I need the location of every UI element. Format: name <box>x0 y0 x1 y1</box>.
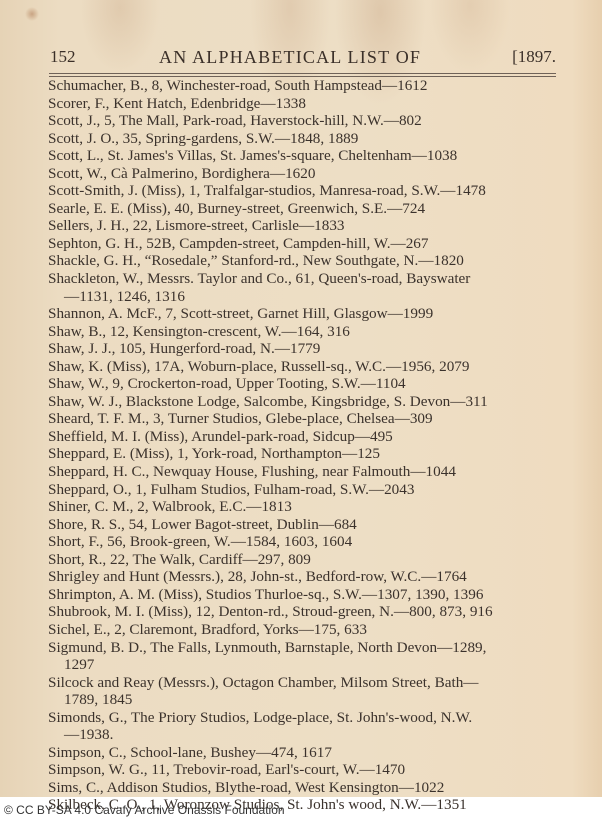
list-item: Short, F., 56, Brook-green, W.—1584, 160… <box>48 533 568 551</box>
list-item: Scott, L., St. James's Villas, St. James… <box>48 147 568 165</box>
list-item: Shrigley and Hunt (Messrs.), 28, John-st… <box>48 568 568 586</box>
list-item: Shackleton, W., Messrs. Taylor and Co., … <box>48 270 568 305</box>
list-item-continuation: —1938. <box>48 726 568 744</box>
list-item: Scott-Smith, J. (Miss), 1, Tralfalgar-st… <box>48 182 568 200</box>
list-item: Shaw, B., 12, Kensington-crescent, W.—16… <box>48 323 568 341</box>
list-item: Shaw, W., 9, Crockerton-road, Upper Toot… <box>48 375 568 393</box>
copyright-credit: © CC BY-SA 4.0 Cavafy Archive Onassis Fo… <box>4 803 285 817</box>
list-item: Shaw, K. (Miss), 17A, Woburn-place, Russ… <box>48 358 568 376</box>
list-item: Schumacher, B., 8, Winchester-road, Sout… <box>48 77 568 95</box>
list-item: Scott, J. O., 35, Spring-gardens, S.W.—1… <box>48 130 568 148</box>
list-item: Short, R., 22, The Walk, Cardiff—297, 80… <box>48 551 568 569</box>
list-item: Shannon, A. McF., 7, Scott-street, Garne… <box>48 305 568 323</box>
header-rule <box>49 73 556 74</box>
list-item: Sheppard, E. (Miss), 1, York-road, North… <box>48 445 568 463</box>
page-header: 152 AN ALPHABETICAL LIST OF [1897. <box>50 47 556 71</box>
list-item: Sellers, J. H., 22, Lismore-street, Carl… <box>48 217 568 235</box>
list-item: Searle, E. E. (Miss), 40, Burney-street,… <box>48 200 568 218</box>
list-item: Simpson, W. G., 11, Trebovir-road, Earl'… <box>48 761 568 779</box>
list-item: Shackle, G. H., “Rosedale,” Stanford-rd.… <box>48 252 568 270</box>
list-item-continuation: 1789, 1845 <box>48 691 568 709</box>
list-item: Silcock and Reay (Messrs.), Octagon Cham… <box>48 674 568 709</box>
list-item: Sigmund, B. D., The Falls, Lynmouth, Bar… <box>48 639 568 674</box>
list-item: Sheppard, O., 1, Fulham Studios, Fulham-… <box>48 481 568 499</box>
list-item: Sichel, E., 2, Claremont, Bradford, York… <box>48 621 568 639</box>
list-item: Shubrook, M. I. (Miss), 12, Denton-rd., … <box>48 603 568 621</box>
list-item: Simpson, C., School-lane, Bushey—474, 16… <box>48 744 568 762</box>
list-item: Scott, J., 5, The Mall, Park-road, Haver… <box>48 112 568 130</box>
list-item: Sheffield, M. I. (Miss), Arundel-park-ro… <box>48 428 568 446</box>
list-item: Scott, W., Cà Palmerino, Bordighera—1620 <box>48 165 568 183</box>
header-year: [1897. <box>512 47 556 67</box>
book-page-scan: 152 AN ALPHABETICAL LIST OF [1897. Schum… <box>0 0 602 797</box>
list-item-continuation: 1297 <box>48 656 568 674</box>
list-item: Scorer, F., Kent Hatch, Edenbridge—1338 <box>48 95 568 113</box>
list-item: Shrimpton, A. M. (Miss), Studios Thurloe… <box>48 586 568 604</box>
list-item: Shore, R. S., 54, Lower Bagot-street, Du… <box>48 516 568 534</box>
list-item: Sheard, T. F. M., 3, Turner Studios, Gle… <box>48 410 568 428</box>
list-item: Sims, C., Addison Studios, Blythe-road, … <box>48 779 568 797</box>
list-item: Sephton, G. H., 52B, Campden-street, Cam… <box>48 235 568 253</box>
list-item: Shaw, W. J., Blackstone Lodge, Salcombe,… <box>48 393 568 411</box>
list-item-continuation: —1131, 1246, 1316 <box>48 288 568 306</box>
list-item: Simonds, G., The Priory Studios, Lodge-p… <box>48 709 568 744</box>
list-item: Sheppard, H. C., Newquay House, Flushing… <box>48 463 568 481</box>
page-number: 152 <box>50 47 76 67</box>
list-item: Shiner, C. M., 2, Walbrook, E.C.—1813 <box>48 498 568 516</box>
list-item: Shaw, J. J., 105, Hungerford-road, N.—17… <box>48 340 568 358</box>
directory-list: Schumacher, B., 8, Winchester-road, Sout… <box>48 77 568 814</box>
page-title: AN ALPHABETICAL LIST OF <box>159 47 421 68</box>
